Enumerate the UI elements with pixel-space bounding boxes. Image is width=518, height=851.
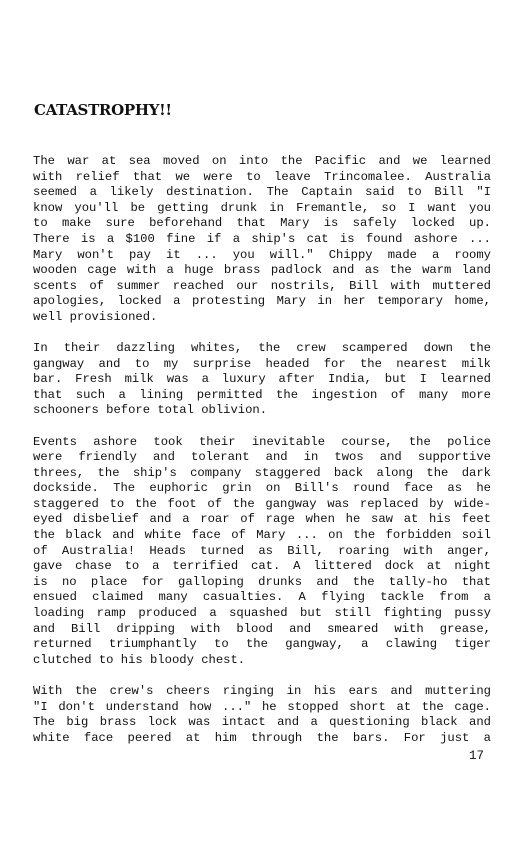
text-line: bar. Fresh milk was a luxury after India… [33,372,491,388]
text-line: returned triumphantly to the gangway, a … [33,637,491,653]
text-line: The big brass lock was intact and a ques… [33,715,491,731]
text-line: well provisioned. [33,310,491,326]
text-line: dockside. The euphoric grin on Bill's ro… [33,481,491,497]
text-line: to make sure beforehand that Mary is saf… [33,216,491,232]
chapter-title: CATASTROPHY!! [34,101,172,119]
text-line: "I don't understand how ..." he stopped … [33,700,491,716]
text-line: With the crew's cheers ringing in his ea… [33,684,491,700]
page-number: 17 [469,749,484,763]
text-line: and Bill dripping with blood and smeared… [33,622,491,638]
text-line: know you'll be getting drunk in Fremantl… [33,201,491,217]
paragraph: Events ashore took their inevitable cour… [33,435,491,669]
text-line: seemed a likely destination. The Captain… [33,185,491,201]
body-text: The war at sea moved on into the Pacific… [33,154,491,762]
text-line: is no place for galloping drunks and the… [33,575,491,591]
text-line: In their dazzling whites, the crew scamp… [33,341,491,357]
text-line: schooners before total oblivion. [33,403,491,419]
paragraph: With the crew's cheers ringing in his ea… [33,684,491,746]
text-line: that such a lining permitted the ingesti… [33,388,491,404]
document-page: CATASTROPHY!! The war at sea moved on in… [0,0,518,851]
text-line: apologies, locked a protesting Mary in h… [33,294,491,310]
text-line: white face peered at him through the bar… [33,731,491,747]
text-line: Mary won't pay it ... you will." Chippy … [33,248,491,264]
text-line: eyed disbelief and a roar of rage when h… [33,512,491,528]
paragraph: The war at sea moved on into the Pacific… [33,154,491,326]
paragraph: In their dazzling whites, the crew scamp… [33,341,491,419]
text-line: ensued claimed many casualties. A flying… [33,590,491,606]
text-line: the black and white face of Mary ... on … [33,528,491,544]
text-line: threes, the ship's company staggered bac… [33,466,491,482]
text-line: with relief that we were to leave Trinco… [33,170,491,186]
text-line: There is a $100 fine if a ship's cat is … [33,232,491,248]
text-line: were friendly and tolerant and in twos a… [33,450,491,466]
text-line: scents of summer reached our nostrils, B… [33,279,491,295]
text-line: Events ashore took their inevitable cour… [33,435,491,451]
text-line: The war at sea moved on into the Pacific… [33,154,491,170]
text-line: gangway and to my surprise headed for th… [33,357,491,373]
text-line: loading ramp produced a squashed but sti… [33,606,491,622]
text-line: staggered to the foot of the gangway was… [33,497,491,513]
text-line: gave chase to a terrified cat. A littere… [33,559,491,575]
text-line: of Australia! Heads turned as Bill, roar… [33,544,491,560]
text-line: clutched to his bloody chest. [33,653,491,669]
text-line: wooden cage with a huge brass padlock an… [33,263,491,279]
